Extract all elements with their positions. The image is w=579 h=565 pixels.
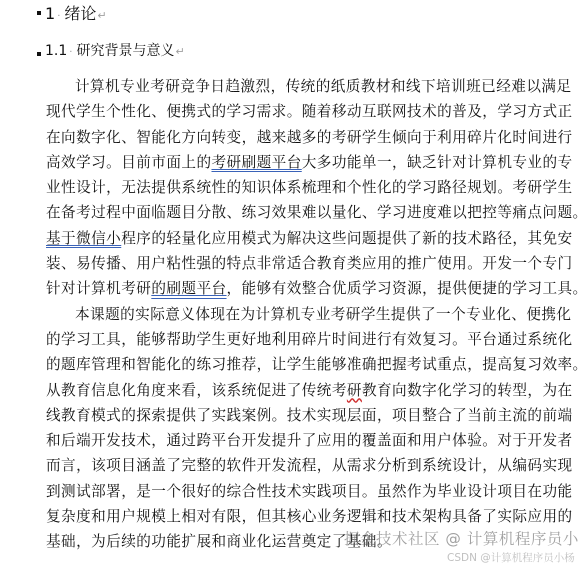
heading-1-title: 绪论 xyxy=(64,4,96,23)
text-segment: 和后端开发技术，通过跨平台开发提升了应用的覆盖面和用户体验。对于开发者 xyxy=(46,432,573,449)
text-line: 基于微信小程序的轻量化应用模式为解决这些问题提供了新的技术路径，其免安 xyxy=(46,226,532,251)
space-mark: · xyxy=(57,11,60,22)
heading-2-title: 研究背景与意义 xyxy=(76,43,174,59)
heading-1: 1·绪论↵ xyxy=(37,3,107,25)
text-line: 到测试部署，是一个很好的综合性技术实践项目。虽然作为毕业设计项目在功能 xyxy=(46,479,532,504)
text-line: 装、易传播、用户粘性强的特点非常适合教育类应用的推广使用。开发一个专门 xyxy=(46,251,532,276)
text-line: 和后端开发技术，通过跨平台开发提升了应用的覆盖面和用户体验。对于开发者 xyxy=(46,428,532,453)
text-line: 线教育模式的探索提供了实践案例。技术实现层面，项目整合了当前主流的前端 xyxy=(46,403,532,428)
heading-1-number: 1 xyxy=(45,4,55,23)
text-segment: ，能够有效整合优质学习资源，提供便捷的学习工具。 xyxy=(227,280,579,297)
text-segment: 在向数字化、智能化方向转变，越来越多的考研学生倾向于利用碎片化时间进行 xyxy=(46,129,573,146)
document-body[interactable]: 计算机专业考研竞争日趋激烈，传统的纸质教材和线下培训班已经难以满足现代学生个性化… xyxy=(46,74,532,555)
text-line: 的题库管理和智能化的练习推荐，让学生能够准确把握考试重点，提高复习效率。 xyxy=(46,352,532,377)
text-segment: 复杂度和用户规模上相对有限，但其核心业务逻辑和技术架构具备了实际应用的 xyxy=(46,508,573,525)
text-line: 在备考过程中面临题目分散、练习效果难以量化、学习进度难以把控等痛点问题。 xyxy=(46,200,532,225)
text-line: 业性设计，无法提供系统性的知识体系梳理和个性化的学习路径规划。考研学生 xyxy=(46,175,532,200)
text-line: 而言，该项目涵盖了完整的软件开发流程，从需求分析到系统设计，从编码实现 xyxy=(46,453,532,478)
text-segment: 在备考过程中面临题目分散、练习效果难以量化、学习进度难以把控等痛点问题。 xyxy=(46,204,579,221)
text-line: 针对计算机考研的刷题平台，能够有效整合优质学习资源，提供便捷的学习工具。↵ xyxy=(46,276,532,301)
heading-2-number: 1.1 xyxy=(45,43,67,59)
paragraph-mark-icon: ↵ xyxy=(175,45,184,58)
text-segment: 计算机专业考研竞争日趋激烈，传统的纸质教材和线下培训班已经难以满足 xyxy=(75,78,571,95)
csdn-watermark: CSDN @计算机程序员小杨 xyxy=(447,550,575,565)
text-segment: 的题库管理和智能化的练习推荐，让学生能够准确把握考试重点，提高复习效率。 xyxy=(46,356,579,373)
space-mark: · xyxy=(69,47,72,58)
text-segment: 从教育信息化角度来看，该系统促进了传统考 xyxy=(46,382,347,399)
paragraph: 计算机专业考研竞争日趋激烈，传统的纸质教材和线下培训班已经难以满足现代学生个性化… xyxy=(46,74,532,302)
paragraph-mark-icon: ↵ xyxy=(97,9,106,22)
list-bullet-icon xyxy=(37,52,41,56)
spelling-underlined-text: 研 xyxy=(347,382,362,399)
text-segment: 大多功能单一，缺乏针对计算机专业的专 xyxy=(302,154,573,171)
text-segment: 程序的轻量化应用模式为解决这些问题提供了新的技术路径，其免安 xyxy=(121,230,572,247)
text-segment: 针对计算机考研 xyxy=(46,280,151,297)
list-bullet-icon xyxy=(37,11,41,15)
text-line: 现代学生个性化、便携式的学习需求。随着移动互联网技术的普及，学习方式正 xyxy=(46,99,532,124)
text-segment: 的学习工具，能够帮助学生更好地利用碎片时间进行有效复习。平台通过系统化 xyxy=(46,331,573,348)
text-segment: 基础，为后续的功能扩展和商业化运营奠定了基础。 xyxy=(46,533,392,550)
text-line: 本课题的实际意义体现在为计算机专业考研学生提供了一个专业化、便携化 xyxy=(46,302,532,327)
text-line: 在向数字化、智能化方向转变，越来越多的考研学生倾向于利用碎片化时间进行 xyxy=(46,125,532,150)
paragraph: 本课题的实际意义体现在为计算机专业考研学生提供了一个专业化、便携化的学习工具，能… xyxy=(46,302,532,555)
text-segment: 而言，该项目涵盖了完整的软件开发流程，从需求分析到系统设计，从编码实现 xyxy=(46,457,573,474)
grammar-underlined-text: 的刷题平台 xyxy=(151,280,226,297)
text-segment: 现代学生个性化、便携式的学习需求。随着移动互联网技术的普及，学习方式正 xyxy=(46,103,573,120)
text-segment: 装、易传播、用户粘性强的特点非常适合教育类应用的推广使用。开发一个专门 xyxy=(46,255,573,272)
text-line: 复杂度和用户规模上相对有限，但其核心业务逻辑和技术架构具备了实际应用的 xyxy=(46,504,532,529)
text-line: 计算机专业考研竞争日趋激烈，传统的纸质教材和线下培训班已经难以满足 xyxy=(46,74,532,99)
grammar-underlined-text: 考研刷题平台 xyxy=(211,154,301,171)
text-segment: 本课题的实际意义体现在为计算机专业考研学生提供了一个专业化、便携化 xyxy=(75,306,571,323)
text-segment: 到测试部署，是一个很好的综合性技术实践项目。虽然作为毕业设计项目在功能 xyxy=(46,483,573,500)
text-line: 高效学习。目前市面上的考研刷题平台大多功能单一，缺乏针对计算机专业的专 xyxy=(46,150,532,175)
juejin-watermark: 掘金技术社区 @ 计算机程序员小杨 xyxy=(344,527,579,549)
heading-2: 1.1·研究背景与意义↵ xyxy=(37,40,185,62)
grammar-underlined-text: 基于微信小 xyxy=(46,230,121,247)
text-line: 的学习工具，能够帮助学生更好地利用碎片时间进行有效复习。平台通过系统化 xyxy=(46,327,532,352)
text-segment: 线教育模式的探索提供了实践案例。技术实现层面，项目整合了当前主流的前端 xyxy=(46,407,573,424)
text-segment: 教育向数字化学习的转型，为在 xyxy=(362,382,573,399)
text-segment: 业性设计，无法提供系统性的知识体系梳理和个性化的学习路径规划。考研学生 xyxy=(46,179,573,196)
text-segment: 高效学习。目前市面上的 xyxy=(46,154,211,171)
text-line: 从教育信息化角度来看，该系统促进了传统考研教育向数字化学习的转型，为在 xyxy=(46,378,532,403)
